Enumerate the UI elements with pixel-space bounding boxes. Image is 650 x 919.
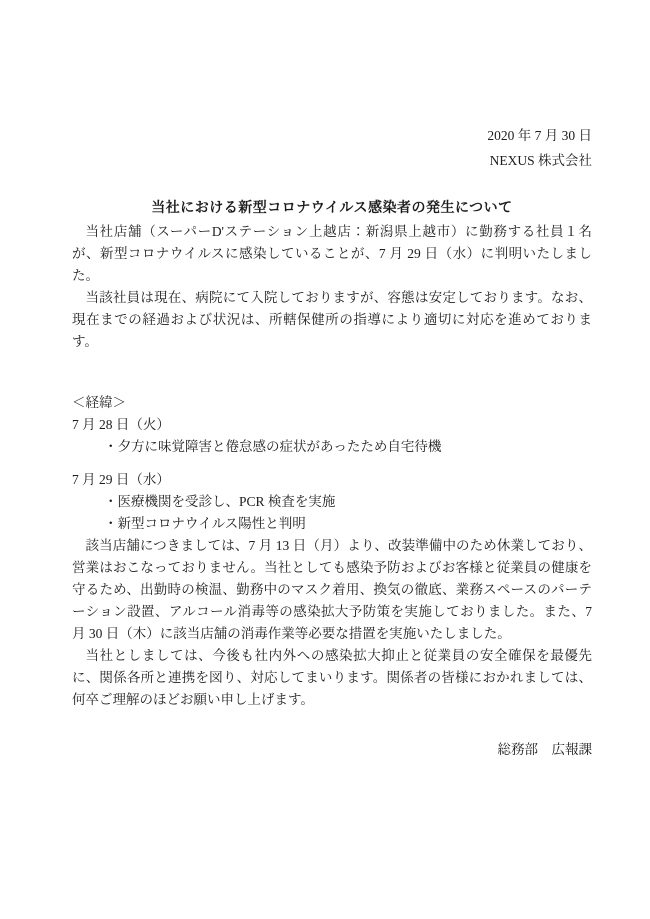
document-date: 2020 年 7 月 30 日	[72, 125, 592, 147]
history-item-pcr-test: ・医療機関を受診し、PCR 検査を実施	[72, 491, 592, 513]
document-page: 2020 年 7 月 30 日 NEXUS 株式会社 当社における新型コロナウイ…	[0, 0, 650, 919]
history-date-jul28: 7 月 28 日（火）	[72, 414, 592, 436]
document-title: 当社における新型コロナウイルス感染者の発生について	[72, 197, 592, 221]
paragraph-store-measures: 該当店舗につきましては、7 月 13 日（月）より、改装準備中のため休業しており…	[72, 535, 592, 645]
paragraph-patient-status: 当該社員は現在、病院にて入院しておりますが、容態は安定しております。なお、現在ま…	[72, 287, 592, 353]
history-heading: ＜経緯＞	[72, 392, 592, 414]
paragraph-announcement: 当社店舗（スーパーD'ステーション上越店：新潟県上越市）に勤務する社員１名が、新…	[72, 221, 592, 287]
history-section: ＜経緯＞ 7 月 28 日（火） ・夕方に味覚障害と倦怠感の症状があったため自宅…	[72, 392, 592, 535]
history-date-jul29: 7 月 29 日（水）	[72, 469, 592, 491]
history-item-positive-result: ・新型コロナウイルス陽性と判明	[72, 513, 592, 535]
paragraph-closing: 当社としましては、今後も社内外への感染拡大抑止と従業員の安全確保を最優先に、関係…	[72, 645, 592, 711]
signature-department: 総務部 広報課	[72, 739, 592, 761]
company-name: NEXUS 株式会社	[72, 150, 592, 172]
history-item-symptoms: ・夕方に味覚障害と倦怠感の症状があったため自宅待機	[72, 436, 592, 458]
